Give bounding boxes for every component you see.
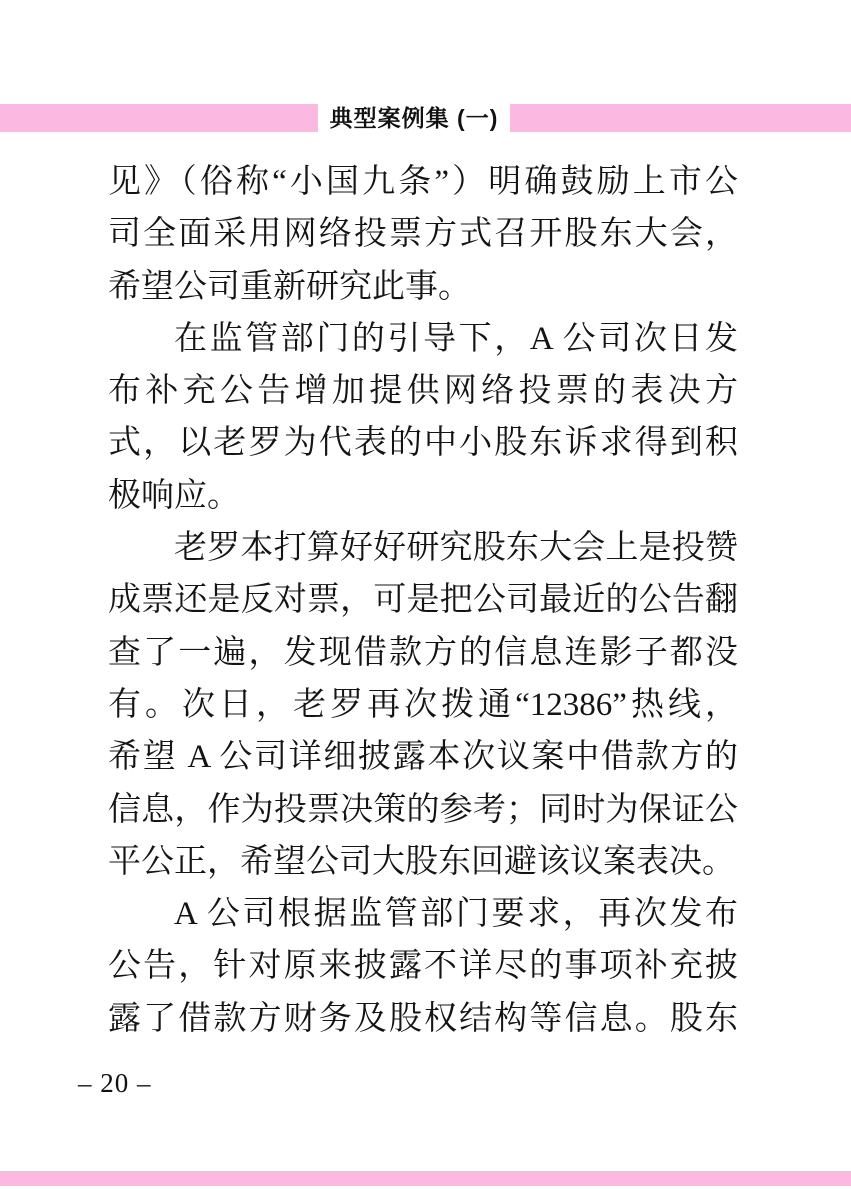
text-line: 老罗本打算好好研究股东大会上是投赞 xyxy=(108,522,738,574)
page-header-title: 典型案例集 (一) xyxy=(318,104,510,132)
text-line: 司全面采用网络投票方式召开股东大会， xyxy=(108,208,738,260)
text-line: A 公司根据监管部门要求，再次发布 xyxy=(108,888,738,940)
footer-band xyxy=(0,1171,851,1186)
text-line: 式，以老罗为代表的中小股东诉求得到积 xyxy=(108,417,738,469)
text-line: 布补充公告增加提供网络投票的表决方 xyxy=(108,365,738,417)
text-line: 希望公司重新研究此事。 xyxy=(108,261,738,313)
text-line: 平公正，希望公司大股东回避该议案表决。 xyxy=(108,836,738,888)
header-band-left-segment xyxy=(0,104,318,132)
text-line: 查了一遍，发现借款方的信息连影子都没 xyxy=(108,627,738,679)
text-line: 信息，作为投票决策的参考；同时为保证公 xyxy=(108,784,738,836)
text-line: 见》（俗称“小国九条”）明确鼓励上市公 xyxy=(108,156,738,208)
book-page: 典型案例集 (一) 见》（俗称“小国九条”）明确鼓励上市公司全面采用网络投票方式… xyxy=(0,0,851,1189)
page-number: – 20 – xyxy=(78,1069,152,1098)
body-text-block: 见》（俗称“小国九条”）明确鼓励上市公司全面采用网络投票方式召开股东大会，希望公… xyxy=(108,156,738,1045)
text-line: 露了借款方财务及股权结构等信息。股东 xyxy=(108,993,738,1045)
text-line: 极响应。 xyxy=(108,470,738,522)
text-line: 成票还是反对票，可是把公司最近的公告翻 xyxy=(108,574,738,626)
text-line: 在监管部门的引导下，A 公司次日发 xyxy=(108,313,738,365)
header-band-right-segment xyxy=(510,104,851,132)
text-line: 有。次日，老罗再次拨通“12386”热线， xyxy=(108,679,738,731)
text-line: 希望 A 公司详细披露本次议案中借款方的 xyxy=(108,731,738,783)
header-band: 典型案例集 (一) xyxy=(0,104,851,132)
text-line: 公告，针对原来披露不详尽的事项补充披 xyxy=(108,940,738,992)
